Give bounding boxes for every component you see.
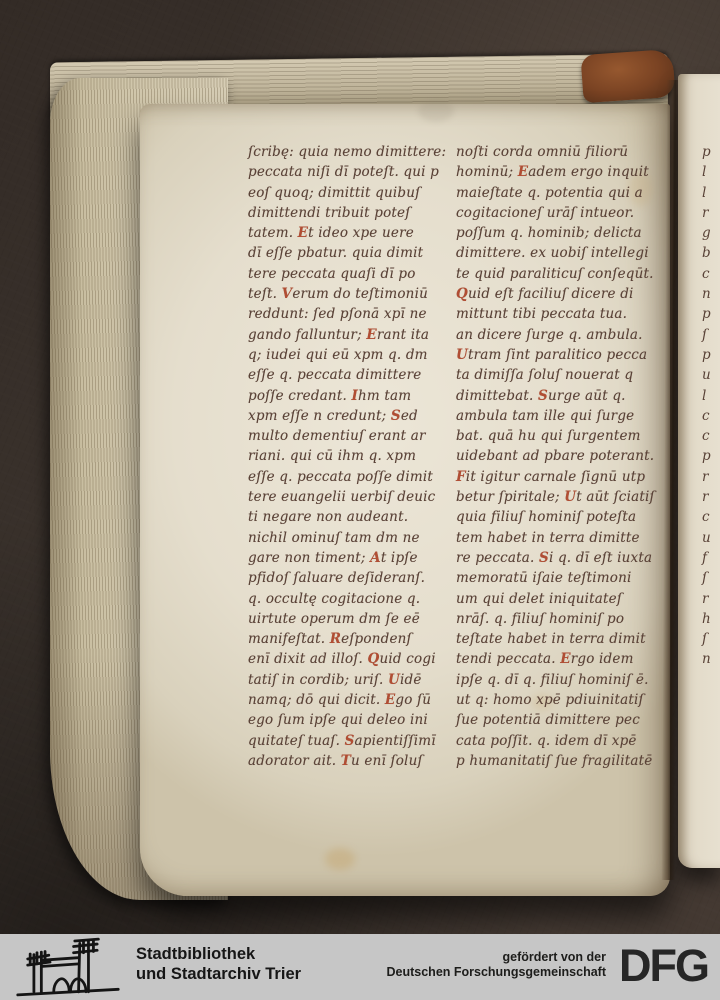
rubric-initial: E: [385, 692, 396, 708]
manuscript-line: cata poſſit. q. idem dī xpē: [456, 731, 658, 751]
library-name-line1: Stadtbibliothek: [136, 944, 301, 964]
edge-letter-fragment: p: [702, 142, 720, 162]
edge-letter-fragment: r: [702, 589, 720, 609]
manuscript-line: Quid eſt faciliuſ dicere di: [456, 284, 658, 304]
manuscript-line: eoſ quoq; dimittit quibuſ: [248, 183, 454, 203]
rubric-initial: E: [560, 651, 571, 667]
edge-letter-fragment: c: [702, 426, 720, 446]
edge-letter-fragment: c: [702, 406, 720, 426]
edge-letter-fragment: l: [702, 386, 720, 406]
manuscript-line: tatiſ in cordib; uriſ. Uidē: [248, 670, 454, 690]
manuscript-line: q; iudei qui eū xpm q. dm: [248, 345, 454, 365]
manuscript-line: re peccata. Si q. dī eſt iuxta: [456, 548, 658, 568]
manuscript-line: poſſe credant. Ihm tam: [248, 386, 454, 406]
manuscript-line: ti negare non audeant.: [248, 507, 454, 527]
edge-letter-fragment: f: [702, 548, 720, 568]
porta-nigra-logo-icon: [12, 936, 124, 998]
rubric-initial: A: [370, 550, 381, 566]
manuscript-line: nichil ominuſ tam dm ne: [248, 528, 454, 548]
edge-letter-fragment: ſ: [702, 568, 720, 588]
manuscript-line: ſue potentiā dimittere pec: [456, 710, 658, 730]
manuscript-line: gare non timent; At ipſe: [248, 548, 454, 568]
funding-credit: gefördert von der Deutschen Forschungsge…: [387, 950, 607, 980]
manuscript-column-right: noſti corda omniū filiorūhominū; Eadem e…: [456, 142, 658, 771]
library-name-line2: und Stadtarchiv Trier: [136, 964, 301, 984]
edge-letter-fragment: ſ: [702, 325, 720, 345]
manuscript-line: enī dixit ad illoſ. Quid cogi: [248, 649, 454, 669]
edge-letter-fragment: p: [702, 304, 720, 324]
manuscript-line: noſti corda omniū filiorū: [456, 142, 658, 162]
manuscript-line: teſtate habet in terra dimit: [456, 629, 658, 649]
rubric-initial: Q: [456, 286, 468, 302]
manuscript-line: riani. qui cū ihm q. xpm: [248, 446, 454, 466]
edge-letter-fragment: n: [702, 284, 720, 304]
manuscript-line: Utram ſint paralitico pecca: [456, 345, 658, 365]
manuscript-line: ipſe q. dī q. filiuſ hominiſ ē.: [456, 670, 658, 690]
manuscript-line: um qui delet iniquitateſ: [456, 589, 658, 609]
rubric-initial: U: [388, 672, 400, 688]
rubric-initial: U: [456, 347, 468, 363]
rubric-initial: R: [330, 631, 341, 647]
manuscript-line: eſſe q. peccata dimittere: [248, 365, 454, 385]
rubric-initial: E: [298, 225, 309, 241]
manuscript-line: an dicere ſurge q. ambula.: [456, 325, 658, 345]
manuscript-line: ut q: homo xpē pdiuinitatiſ: [456, 690, 658, 710]
manuscript-line: cogitacioneſ urāſ intueor.: [456, 203, 658, 223]
manuscript-line: multo dementiuſ erant ar: [248, 426, 454, 446]
manuscript-line: dimittendi tribuit poteſ: [248, 203, 454, 223]
manuscript-line: betur ſpiritale; Ut aūt ſciatiſ: [456, 487, 658, 507]
edge-letter-fragment: u: [702, 365, 720, 385]
manuscript-line: bat. quā hu qui ſurgentem: [456, 426, 658, 446]
leather-binding-strap: [580, 49, 675, 103]
manuscript-line: q. occultę cogitacione q.: [248, 589, 454, 609]
manuscript-line: dī eſſe pbatur. quia dimit: [248, 243, 454, 263]
manuscript-line: maieſtate q. potentia qui a: [456, 183, 658, 203]
manuscript-line: tendi peccata. Ergo idem: [456, 649, 658, 669]
manuscript-line: uirtute operum dm ſe eē: [248, 609, 454, 629]
manuscript-line: eſſe q. peccata poſſe dimit: [248, 467, 454, 487]
manuscript-line: tatem. Et ideo xpe uere: [248, 223, 454, 243]
rubric-initial: E: [518, 164, 529, 180]
institution-banner: Stadtbibliothek und Stadtarchiv Trier ge…: [0, 934, 720, 1000]
rubric-initial: F: [456, 469, 466, 485]
edge-letter-fragment: ſ: [702, 629, 720, 649]
manuscript-column-left: ſcribę: quia nemo dimittere:peccata niſi…: [248, 142, 454, 771]
manuscript-line: manifeſtat. Reſpondenſ: [248, 629, 454, 649]
edge-letter-fragment: n: [702, 649, 720, 669]
rubric-initial: V: [282, 286, 293, 302]
funding-line2: Deutschen Forschungsgemeinschaft: [387, 965, 607, 980]
parchment-stain: [325, 848, 355, 870]
library-name: Stadtbibliothek und Stadtarchiv Trier: [136, 944, 301, 984]
manuscript-line: quia filiuſ hominiſ poteſta: [456, 507, 658, 527]
rubric-initial: S: [345, 733, 355, 749]
manuscript-line: p humanitatiſ ſue fragilitatē: [456, 751, 658, 771]
manuscript-line: namq; dō qui dicit. Ego ſū: [248, 690, 454, 710]
manuscript-line: xpm eſſe n credunt; Sed: [248, 406, 454, 426]
manuscript-line: gando falluntur; Erant ita: [248, 325, 454, 345]
edge-letter-fragment: l: [702, 162, 720, 182]
edge-letter-fragment: l: [702, 183, 720, 203]
edge-letter-fragment: c: [702, 264, 720, 284]
rubric-initial: T: [341, 753, 351, 769]
facing-page-letter-fragments: pllrgbcnpſpulccprrcufſrhſn: [702, 142, 720, 670]
manuscript-line: nrāſ. q. filiuſ hominiſ po: [456, 609, 658, 629]
edge-letter-fragment: u: [702, 528, 720, 548]
manuscript-line: Fit igitur carnale ſignū utp: [456, 467, 658, 487]
manuscript-line: tem habet in terra dimitte: [456, 528, 658, 548]
faded-stamp-mark: [418, 100, 454, 122]
manuscript-line: ta dimiſſa ſoluſ nouerat q: [456, 365, 658, 385]
manuscript-line: memoratū iſaie teſtimoni: [456, 568, 658, 588]
manuscript-line: ambula tam ille qui ſurge: [456, 406, 658, 426]
rubric-initial: S: [539, 550, 549, 566]
rubric-initial: S: [391, 408, 401, 424]
manuscript-line: ſcribę: quia nemo dimittere:: [248, 142, 454, 162]
manuscript-line: dimittebat. Surge aūt q.: [456, 386, 658, 406]
manuscript-line: dimittere. ex uobiſ intellegi: [456, 243, 658, 263]
edge-letter-fragment: r: [702, 487, 720, 507]
manuscript-line: pfidoſ ſaluare deſideranſ.: [248, 568, 454, 588]
manuscript-line: ego ſum ipſe qui deleo ini: [248, 710, 454, 730]
manuscript-line: reddunt: ſed pſonā xpī ne: [248, 304, 454, 324]
rubric-initial: U: [564, 489, 576, 505]
edge-letter-fragment: c: [702, 507, 720, 527]
manuscript-line: hominū; Eadem ergo inquit: [456, 162, 658, 182]
manuscript-line: uidebant ad pbare poterant.: [456, 446, 658, 466]
edge-letter-fragment: b: [702, 243, 720, 263]
dfg-logo: DFG: [619, 940, 708, 992]
manuscript-line: tere euangelii uerbiſ deuic: [248, 487, 454, 507]
edge-letter-fragment: r: [702, 203, 720, 223]
rubric-initial: S: [538, 388, 548, 404]
manuscript-line: adorator ait. Tu enī ſoluſ: [248, 751, 454, 771]
edge-letter-fragment: r: [702, 467, 720, 487]
manuscript-line: poſſum q. hominib; delicta: [456, 223, 658, 243]
edge-letter-fragment: p: [702, 345, 720, 365]
rubric-initial: Q: [368, 651, 380, 667]
edge-letter-fragment: h: [702, 609, 720, 629]
manuscript-line: mittunt tibi peccata tua.: [456, 304, 658, 324]
edge-letter-fragment: g: [702, 223, 720, 243]
rubric-initial: E: [366, 327, 377, 343]
manuscript-line: peccata niſi dī poteſt. qui p: [248, 162, 454, 182]
edge-letter-fragment: p: [702, 446, 720, 466]
manuscript-line: quitateſ tuaſ. Sapientiſſimī: [248, 731, 454, 751]
manuscript-line: tere peccata quaſi dī po: [248, 264, 454, 284]
funding-line1: gefördert von der: [387, 950, 607, 965]
manuscript-line: teſt. Verum do teſtimoniū: [248, 284, 454, 304]
manuscript-line: te quid paraliticuſ conſeqūt.: [456, 264, 658, 284]
